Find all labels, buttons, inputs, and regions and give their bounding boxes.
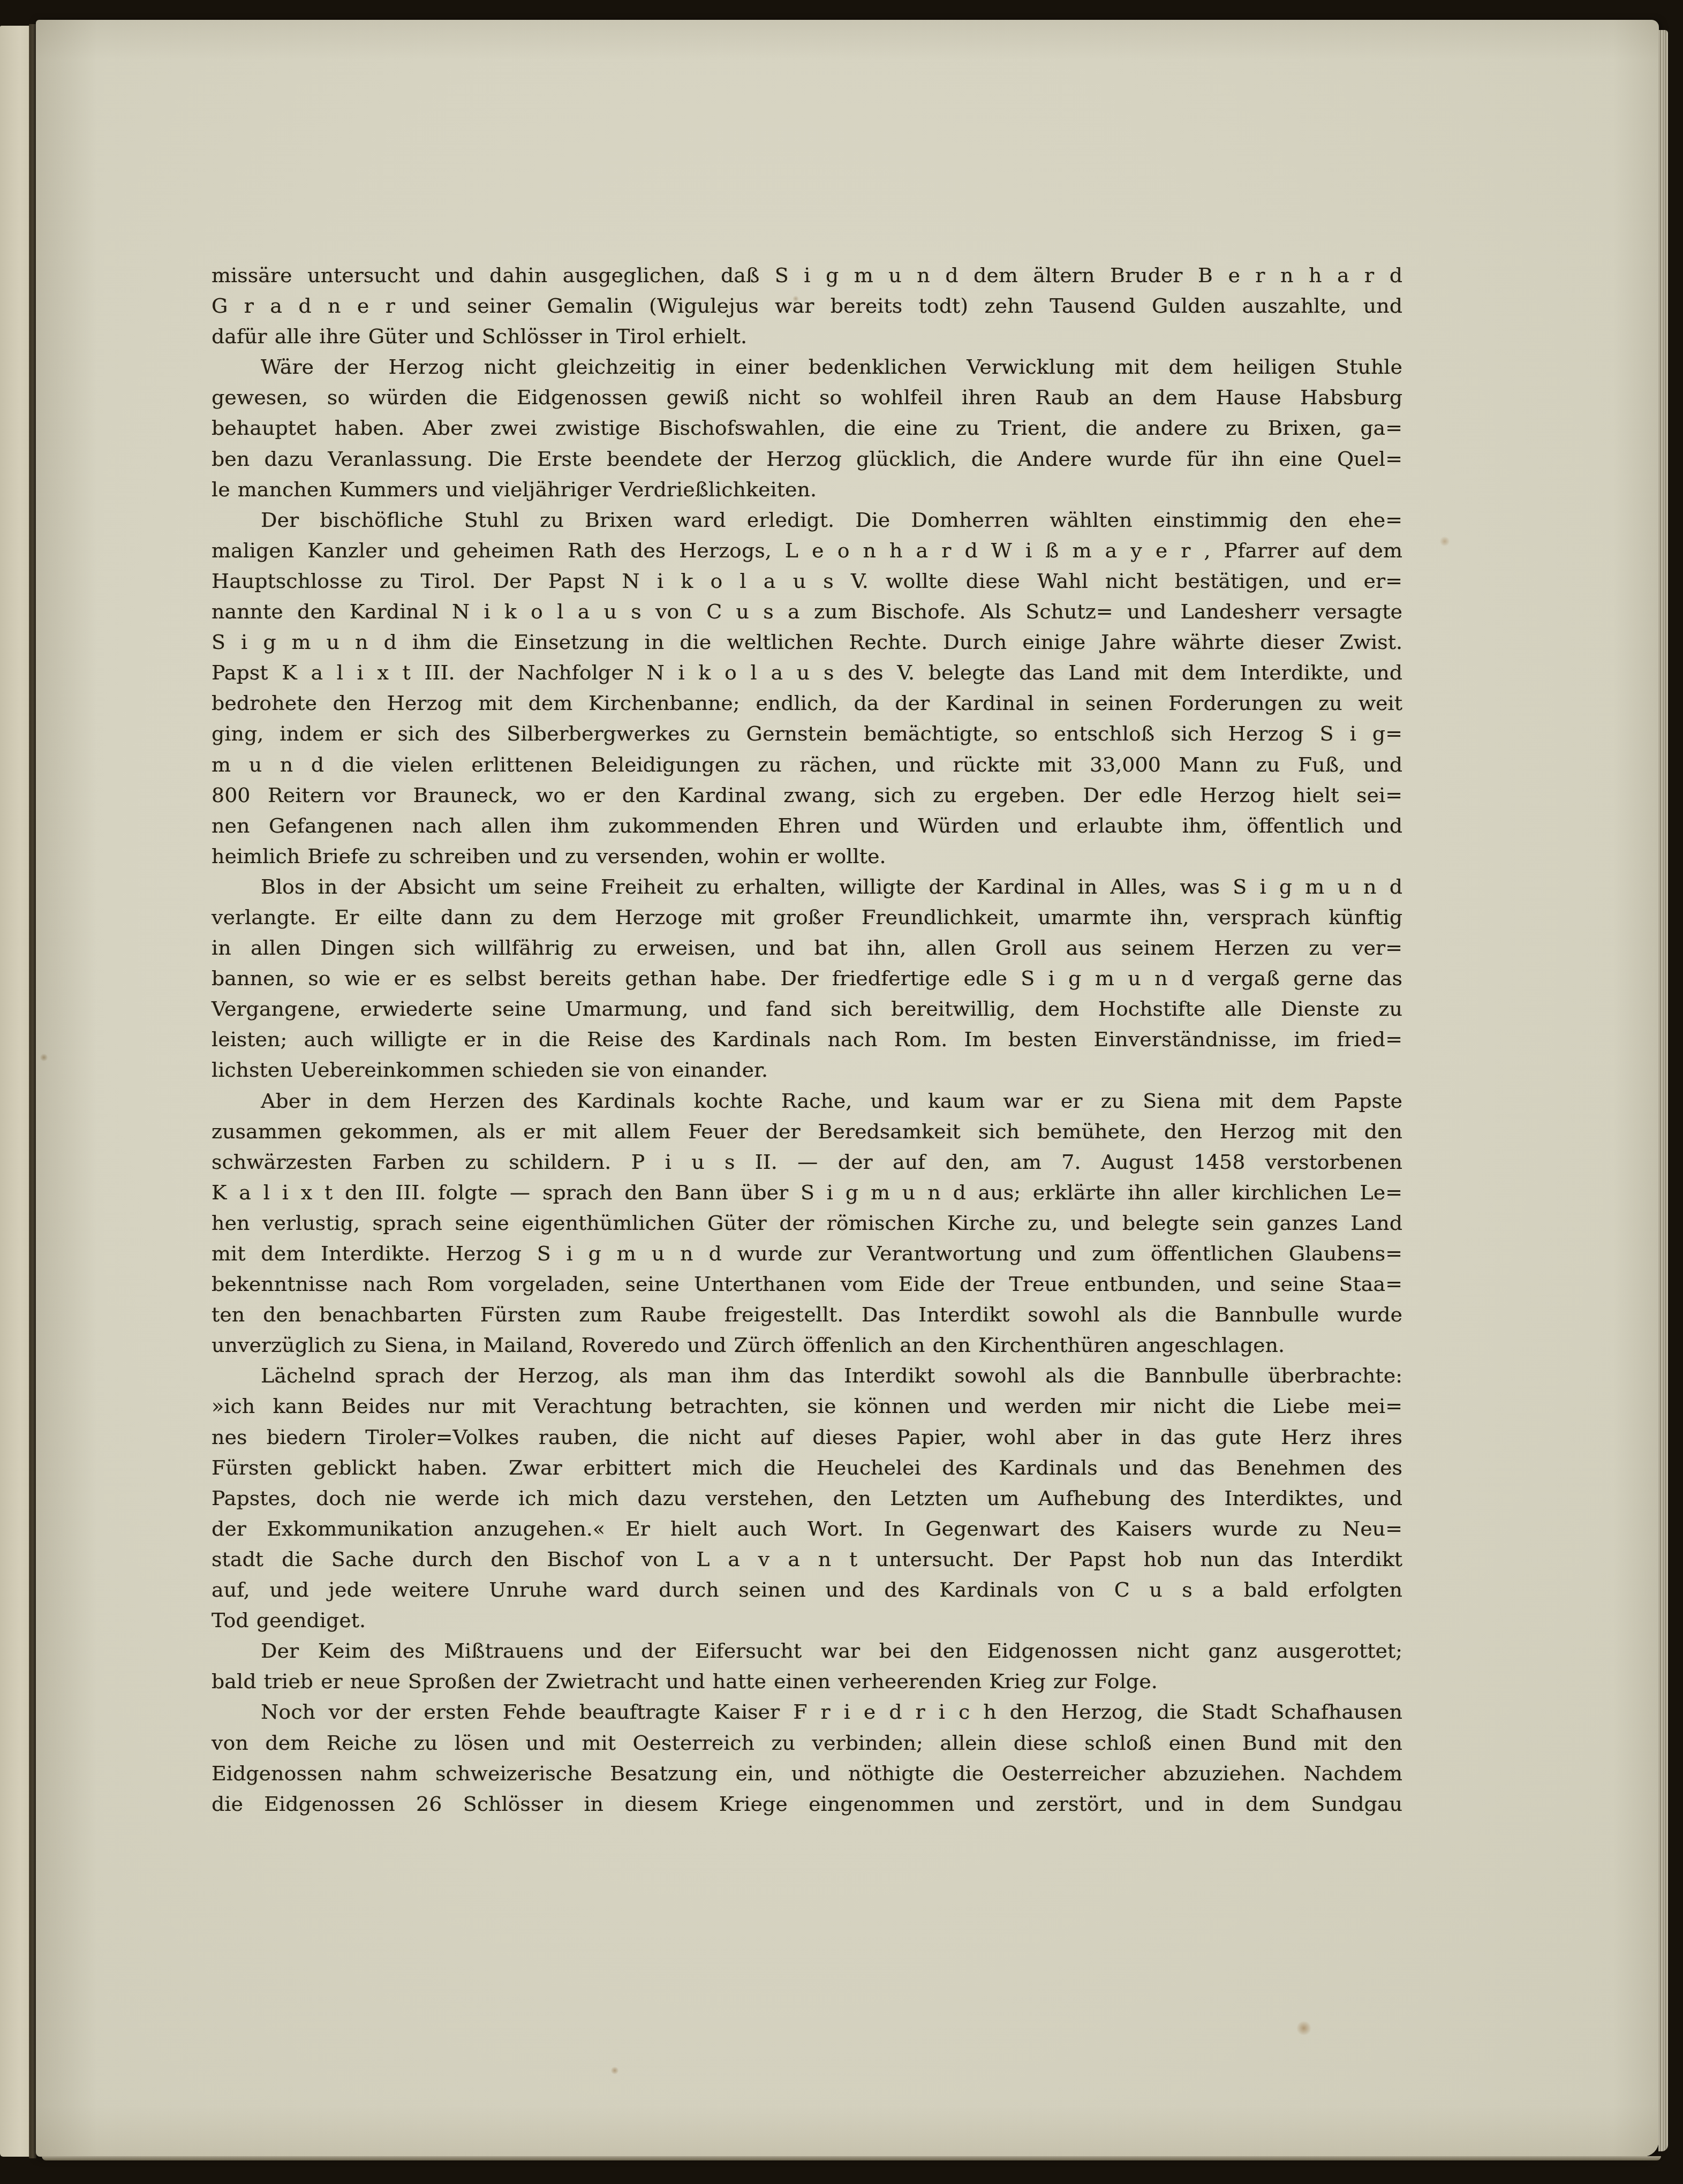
text-line: zusammen gekommen, als er mit allem Feue… xyxy=(212,1116,1402,1147)
text-line: Blos in der Absicht um seine Freiheit zu… xyxy=(212,872,1402,902)
text-line: ging, indem er sich des Silberbergwerkes… xyxy=(212,719,1402,749)
text-line: le manchen Kummers und vieljähriger Verd… xyxy=(212,474,1402,505)
text-line: hen verlustig, sprach seine eigenthümlic… xyxy=(212,1208,1402,1238)
text-line: behauptet haben. Aber zwei zwistige Bisc… xyxy=(212,413,1402,443)
text-line: bekenntnisse nach Rom vorgeladen, seine … xyxy=(212,1269,1402,1299)
text-line: in allen Dingen sich willfährig zu erwei… xyxy=(212,933,1402,963)
text-line: Vergangene, erwiederte seine Umarmung, u… xyxy=(212,994,1402,1024)
text-line: Eidgenossen nahm schweizerische Besatzun… xyxy=(212,1758,1402,1789)
text-line: ten den benachbarten Fürsten zum Raube f… xyxy=(212,1299,1402,1330)
text-line: bedrohete den Herzog mit dem Kirchenbann… xyxy=(212,688,1402,719)
text-line: missäre untersucht und dahin ausgegliche… xyxy=(212,260,1402,291)
text-line: Noch vor der ersten Fehde beauftragte Ka… xyxy=(212,1697,1402,1727)
text-line: Papstes, doch nie werde ich mich dazu ve… xyxy=(212,1483,1402,1514)
text-line: nen Gefangenen nach allen ihm zukommende… xyxy=(212,811,1402,841)
text-line: unverzüglich zu Siena, in Mailand, Rover… xyxy=(212,1330,1402,1361)
text-line: maligen Kanzler und geheimen Rath des He… xyxy=(212,535,1402,566)
text-line: »ich kann Beides nur mit Verachtung betr… xyxy=(212,1391,1402,1422)
gutter-shadow xyxy=(29,24,36,2158)
text-line: ben dazu Veranlassung. Die Erste beendet… xyxy=(212,444,1402,474)
text-line: von dem Reiche zu lösen und mit Oesterre… xyxy=(212,1728,1402,1758)
text-line: heimlich Briefe zu schreiben und zu vers… xyxy=(212,841,1402,872)
text-line: Aber in dem Herzen des Kardinals kochte … xyxy=(212,1086,1402,1116)
text-line: 800 Reitern vor Brauneck, wo er den Kard… xyxy=(212,780,1402,811)
text-line: Der bischöfliche Stuhl zu Brixen ward er… xyxy=(212,505,1402,535)
text-line: Der Keim des Mißtrauens und der Eifersuc… xyxy=(212,1636,1402,1666)
text-line: dafür alle ihre Güter und Schlösser in T… xyxy=(212,321,1402,352)
text-line: der Exkommunikation anzugehen.« Er hielt… xyxy=(212,1514,1402,1544)
text-line: auf, und jede weitere Unruhe ward durch … xyxy=(212,1575,1402,1605)
text-line: gewesen, so würden die Eidgenossen gewiß… xyxy=(212,382,1402,413)
text-line: nes biedern Tiroler=Volkes rauben, die n… xyxy=(212,1422,1402,1453)
text-line: Hauptschlosse zu Tirol. Der Papst N i k … xyxy=(212,566,1402,596)
text-line: leisten; auch willigte er in die Reise d… xyxy=(212,1024,1402,1055)
text-line: Papst K a l i x t III. der Nachfolger N … xyxy=(212,658,1402,688)
text-line: Fürsten geblickt haben. Zwar erbittert m… xyxy=(212,1453,1402,1483)
text-line: S i g m u n d ihm die Einsetzung in die … xyxy=(212,627,1402,658)
text-line: verlangte. Er eilte dann zu dem Herzoge … xyxy=(212,902,1402,933)
text-line: stadt die Sache durch den Bischof von L … xyxy=(212,1544,1402,1575)
text-line: Tod geendiget. xyxy=(212,1605,1402,1636)
text-line: G r a d n e r und seiner Gemalin (Wigule… xyxy=(212,291,1402,321)
text-line: m u n d die vielen erlittenen Beleidigun… xyxy=(212,750,1402,780)
text-line: bannen, so wie er es selbst bereits geth… xyxy=(212,963,1402,994)
text-block: missäre untersucht und dahin ausgegliche… xyxy=(212,260,1402,1819)
book-scan: missäre untersucht und dahin ausgegliche… xyxy=(0,0,1683,2184)
text-line: bald trieb er neue Sproßen der Zwietrach… xyxy=(212,1666,1402,1697)
adjacent-page-edge xyxy=(0,26,29,2157)
text-line: lichsten Uebereinkommen schieden sie von… xyxy=(212,1055,1402,1085)
text-line: Lächelnd sprach der Herzog, als man ihm … xyxy=(212,1361,1402,1391)
text-line: nannte den Kardinal N i k o l a u s von … xyxy=(212,596,1402,627)
text-line: K a l i x t den III. folgte — sprach den… xyxy=(212,1177,1402,1208)
text-line: schwärzesten Farben zu schildern. P i u … xyxy=(212,1147,1402,1177)
page-stack-edge-bottom xyxy=(42,2156,1661,2160)
page: missäre untersucht und dahin ausgegliche… xyxy=(36,20,1659,2157)
text-line: mit dem Interdikte. Herzog S i g m u n d… xyxy=(212,1238,1402,1269)
text-line: Wäre der Herzog nicht gleichzeitig in ei… xyxy=(212,352,1402,382)
text-line: die Eidgenossen 26 Schlösser in diesem K… xyxy=(212,1789,1402,1819)
page-stack-edge-right xyxy=(1658,30,1668,2151)
